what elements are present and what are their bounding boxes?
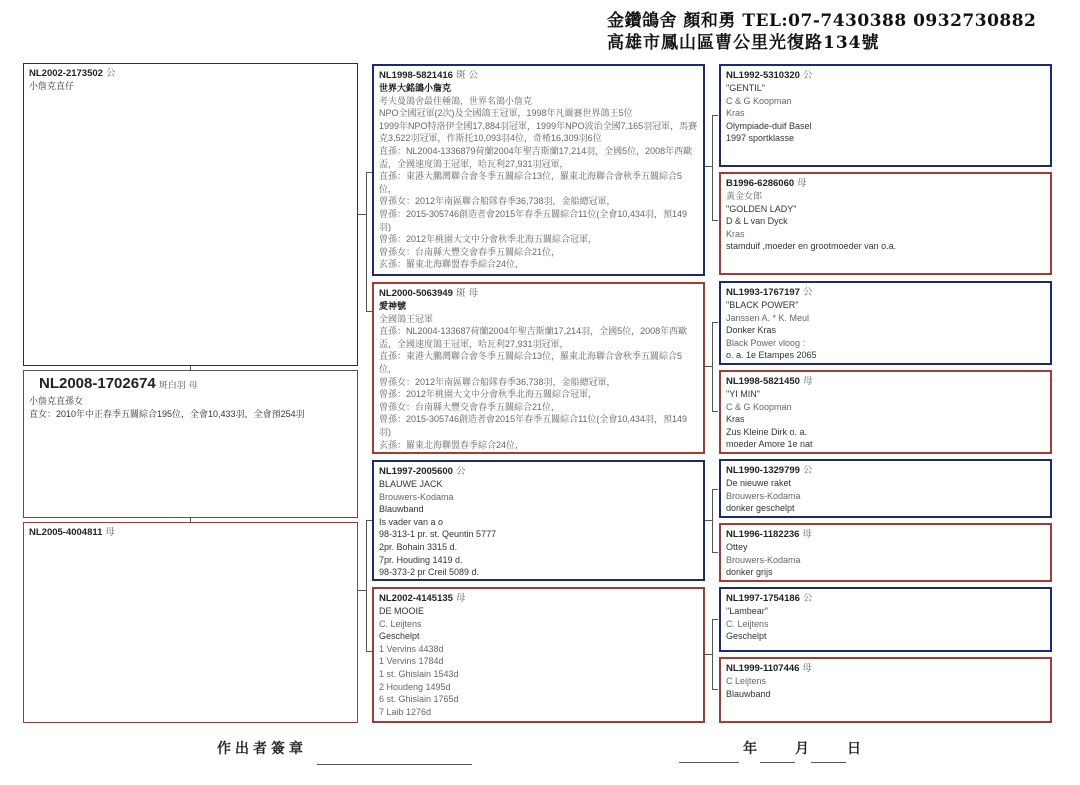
great-grandparent-card: NL1990-1329799公 De nieuwe raket Brouwers… (719, 459, 1052, 518)
pigeon-line: stamduif ,moeder en grootmoeder van o.a. (726, 240, 1045, 253)
pigeon-line: C Leijtens (726, 675, 1045, 688)
connector-line (712, 552, 718, 553)
breeder-contact: 金鑽鴿舍 顏和勇 TEL:07-7430388 0932730882 (607, 10, 1036, 32)
sex-label: 母 (802, 663, 812, 674)
pigeon-line: Geschelpt (726, 630, 1045, 643)
pigeon-line: De nieuwe raket (726, 477, 1045, 490)
ring-number: NL1993-1767197公 (726, 286, 1045, 299)
great-grandparent-card: NL1996-1182236母 Ottey Brouwers-Kodama do… (719, 523, 1052, 582)
subject-card: NL2008-1702674斑白羽母 小詹克直孫女 直女：2010年中正春季五關… (23, 370, 358, 518)
year-blank[interactable] (679, 762, 739, 763)
ring-number: NL1990-1329799公 (726, 464, 1045, 477)
connector-line (712, 322, 713, 412)
pigeon-line: 1999年NPO特洛伊全國17,884羽冠軍，1999年NPO波治全國7,165… (379, 120, 698, 145)
pigeon-line: 曾孫女：2012年南區聯合船隊春季36,738羽，金船總冠軍， (379, 376, 698, 389)
pigeon-line: Brouwers-Kodama (726, 490, 1045, 503)
pigeon-line: 曾孫：2012年桃園大文中分會秋季北海五關綜合冠軍， (379, 233, 698, 246)
connector-line (190, 366, 191, 370)
pigeon-line: 2 Houdeng 1495d (379, 681, 698, 694)
pigeon-line: Geschelpt (379, 630, 698, 643)
connector-line (705, 166, 712, 167)
pigeon-line: Kras (726, 413, 1045, 426)
connector-line (712, 220, 718, 221)
pigeon-line: moeder Amore 1e nat (726, 438, 1045, 451)
pigeon-line: 考夫曼鴿舍最佳種鴿，世界名鴿小詹克 (379, 95, 698, 108)
sex-label: 公 (803, 70, 813, 81)
day-blank[interactable] (811, 762, 846, 763)
pigeon-line: 直孫：東港大鵬灣聯合會冬季五關綜合13位，羅東北海聯合會秋季五關綜合5位， (379, 350, 698, 375)
color-label: 斑白羽 (159, 380, 186, 390)
connector-line (366, 172, 367, 312)
pigeon-line: Janssen A. * K. Meul (726, 312, 1045, 325)
connector-line (366, 520, 367, 652)
sex-label: 公 (803, 593, 813, 604)
pigeon-line: 小詹克直孫女 (29, 395, 352, 408)
connector-line (712, 411, 718, 412)
pigeon-line: C. Leijtens (379, 618, 698, 631)
pigeon-line: 曾孫：2012年桃園大文中分會秋季北海五關綜合冠軍， (379, 388, 698, 401)
subject-ring-number: NL2008-1702674斑白羽母 (29, 374, 352, 395)
great-grandparent-card: B1996-6286060母 黃金女郎 "GOLDEN LADY" D & L … (719, 172, 1052, 275)
pigeon-line: "Lambear" (726, 605, 1045, 618)
pigeon-line: 玄孫：羅東北海聯盟春季綜合24位， (379, 439, 698, 452)
pigeon-line: 6 st. Ghislain 1765d (379, 693, 698, 706)
pigeon-line: 98-373-2 pr Creil 5089 d. (379, 566, 698, 579)
pigeon-line: 直孫：NL2004-133687荷蘭2004年聖吉斯蘭17,214羽，全國5位，… (379, 325, 698, 350)
grandsire-paternal-card: NL1998-5821416斑公 世界大銘鴿小詹克 考夫曼鴿舍最佳種鴿，世界名鴿… (372, 64, 705, 276)
ring-number: NL1998-5821416斑公 (379, 69, 698, 82)
connector-line (712, 489, 713, 553)
pigeon-line: 1 Vervins 4438d (379, 643, 698, 656)
pigeon-line: DE MOOIE (379, 605, 698, 618)
pigeon-line: Brouwers-Kodama (726, 554, 1045, 567)
color-label: 斑 (456, 288, 466, 299)
pigeon-line: C & G Koopman (726, 401, 1045, 414)
sex-label: 母 (105, 527, 115, 538)
pigeon-line: donker grijs (726, 566, 1045, 579)
pigeon-line: 7pr. Houding 1419 d. (379, 554, 698, 567)
sex-label: 母 (189, 380, 198, 390)
great-grandparent-card: NL1993-1767197公 "BLACK POWER" Janssen A.… (719, 281, 1052, 365)
connector-line (712, 619, 713, 690)
connector-line (712, 489, 718, 490)
pigeon-name: 愛神號 (379, 300, 698, 313)
pigeon-line: o. a. 1e Etampes 2065 (726, 349, 1045, 362)
ring-number: NL2005-4004811母 (29, 526, 352, 539)
connector-line (712, 689, 718, 690)
pigeon-line: Brouwers-Kodama (379, 491, 698, 504)
sire-card: NL2002-2173502公 小詹克直仔 (23, 63, 358, 366)
pigeon-line: NPO全國冠軍(2次)及全國鴿王冠軍，1998年凡爾賽世界鴿王5位 (379, 107, 698, 120)
connector-line (705, 520, 712, 521)
granddam-maternal-card: NL2002-4145135母 DE MOOIE C. Leijtens Ges… (372, 587, 705, 723)
pigeon-line: 曾孫：2015-305746創造者會2015年春季五關綜合11位(全會10,43… (379, 208, 698, 233)
ring-number: NL1997-2005600公 (379, 465, 698, 478)
connector-line (712, 322, 718, 323)
great-grandparent-card: NL1998-5821450母 "YI MIN" C & G Koopman K… (719, 370, 1052, 454)
pigeon-line: "GENTIL" (726, 82, 1045, 95)
great-grandparent-card: NL1992-5310320公 "GENTIL" C & G Koopman K… (719, 64, 1052, 167)
granddam-paternal-card: NL2000-5063949斑母 愛神號 全國鴿王冠軍 直孫：NL2004-13… (372, 282, 705, 454)
pigeon-line: 1 Vervins 1784d (379, 655, 698, 668)
pigeon-line: Olympiade-duif Basel (726, 120, 1045, 133)
sex-label: 公 (456, 466, 466, 477)
connector-line (358, 214, 366, 215)
pigeon-line: Kras (726, 228, 1045, 241)
breeder-address: 高雄市鳳山區曹公里光復路134號 (607, 32, 1036, 54)
ring-number: NL1997-1754186公 (726, 592, 1045, 605)
pigeon-line: D & L van Dyck (726, 215, 1045, 228)
pigeon-line: 98-313-1 pr. st. Qeuntin 5777 (379, 528, 698, 541)
pigeon-line: C & G Koopman (726, 95, 1045, 108)
dam-card: NL2005-4004811母 (23, 522, 358, 723)
pigeon-line: Is vader van a o (379, 516, 698, 529)
sex-label: 母 (797, 178, 807, 189)
connector-line (190, 518, 191, 522)
pigeon-line: Blauwband (726, 688, 1045, 701)
pigeon-line: 曾孫女：台南縣大豐交會春季五關綜合21位， (379, 401, 698, 414)
connector-line (712, 115, 718, 116)
connector-line (712, 115, 713, 220)
great-grandparent-card: NL1999-1107446母 C Leijtens Blauwband (719, 657, 1052, 723)
pigeon-line: 小詹克直仔 (29, 80, 352, 93)
pigeon-line: 曾孫女：2012年南區聯合船隊春季36,738羽，金船總冠軍， (379, 195, 698, 208)
sex-label: 公 (803, 465, 813, 476)
grandsire-maternal-card: NL1997-2005600公 BLAUWE JACK Brouwers-Kod… (372, 460, 705, 581)
month-label: 月 (795, 738, 813, 758)
pigeon-line: 直孫：NL2004-1336879荷蘭2004年聖吉斯蘭17,214羽，全國5位… (379, 145, 698, 170)
pigeon-line: C. Leijtens (726, 618, 1045, 631)
sex-label: 母 (803, 376, 813, 387)
pigeon-line: 黃金女郎 (726, 190, 1045, 203)
color-label: 斑 (456, 70, 466, 81)
sex-label: 公 (106, 68, 116, 79)
pigeon-line: Ottey (726, 541, 1045, 554)
sex-label: 公 (468, 70, 478, 81)
pigeon-line: 直女：2010年中正春季五關綜合195位，全會10,433羽，全會預254羽 (29, 408, 352, 421)
pigeon-line: donker geschelpt (726, 502, 1045, 515)
pigeon-line: 曾孫：2015-305746創造者會2015年春季五關綜合11位(全會10,43… (379, 413, 698, 438)
pigeon-line: Blauwband (379, 503, 698, 516)
pigeon-line: Black Power vloog : (726, 337, 1045, 350)
pigeon-line: 1997 sportklasse (726, 132, 1045, 145)
ring-number: NL1992-5310320公 (726, 69, 1045, 82)
pigeon-line: 7 Laib 1276d (379, 706, 698, 719)
ring-number: B1996-6286060母 (726, 177, 1045, 190)
pigeon-line: 曾孫女：台南縣大豐交會春季五關綜合21位， (379, 246, 698, 259)
pigeon-line: "YI MIN" (726, 388, 1045, 401)
connector-line (358, 590, 366, 591)
ring-number: NL2002-2173502公 (29, 67, 352, 80)
pigeon-name: 世界大銘鴿小詹克 (379, 82, 698, 95)
signature-label: 作出者簽章 (217, 738, 307, 758)
pigeon-line: Kras (726, 107, 1045, 120)
ring-number: NL2000-5063949斑母 (379, 287, 698, 300)
ring-number: NL1999-1107446母 (726, 662, 1045, 675)
sex-label: 公 (803, 287, 813, 298)
ring-number: NL1998-5821450母 (726, 375, 1045, 388)
year-label: 年 (743, 738, 761, 758)
pigeon-line: 2pr. Bohain 3315 d. (379, 541, 698, 554)
ring-number: NL1996-1182236母 (726, 528, 1045, 541)
sex-label: 母 (802, 529, 812, 540)
pigeon-line: "GOLDEN LADY" (726, 203, 1045, 216)
connector-line (712, 619, 718, 620)
pigeon-line: 玄孫：羅東北海聯盟春季綜合24位， (379, 258, 698, 271)
breeder-header: 金鑽鴿舍 顏和勇 TEL:07-7430388 0932730882 高雄市鳳山… (607, 10, 1036, 54)
signature-line[interactable] (317, 764, 472, 765)
connector-line (705, 366, 712, 367)
pigeon-line: BLAUWE JACK (379, 478, 698, 491)
pigeon-line: 1 st. Ghislain 1543d (379, 668, 698, 681)
great-grandparent-card: NL1997-1754186公 "Lambear" C. Leijtens Ge… (719, 587, 1052, 652)
sex-label: 母 (468, 288, 478, 299)
day-label: 日 (847, 738, 865, 758)
pigeon-line: "BLACK POWER" (726, 299, 1045, 312)
connector-line (705, 654, 712, 655)
pigeon-line: 全國鴿王冠軍 (379, 313, 698, 326)
pigeon-line: Zus Kleine Dirk o. a. (726, 426, 1045, 439)
month-blank[interactable] (760, 762, 795, 763)
ring-number: NL2002-4145135母 (379, 592, 698, 605)
pigeon-line: 直孫：東港大鵬灣聯合會冬季五關綜合13位，羅東北海聯合會秋季五關綜合5位， (379, 170, 698, 195)
pigeon-line: Donker Kras (726, 324, 1045, 337)
sex-label: 母 (456, 593, 466, 604)
